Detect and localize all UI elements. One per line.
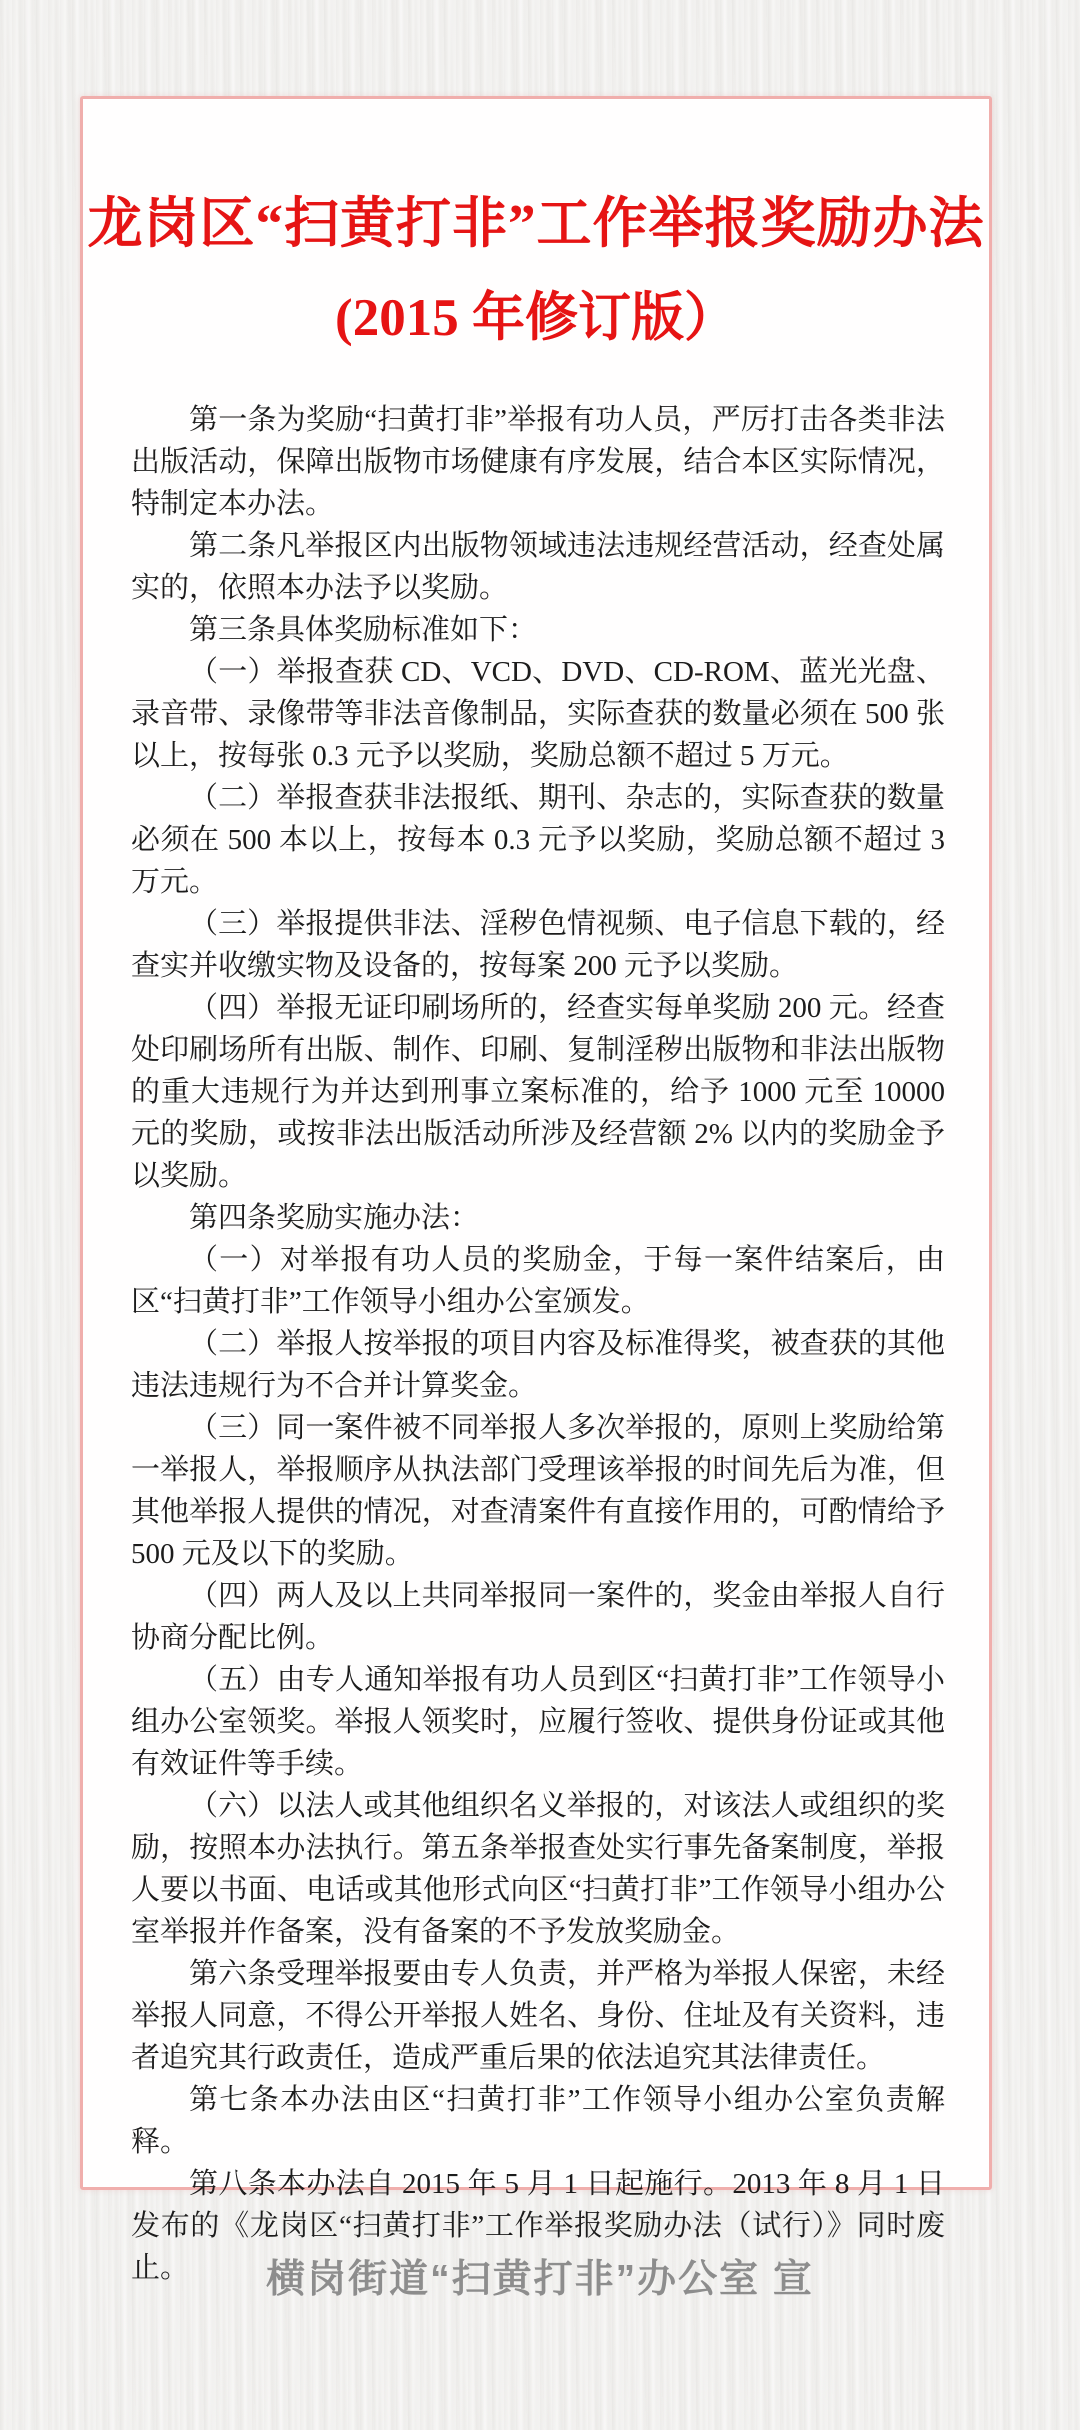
title-line-2: (2015 年修订版）: [83, 289, 989, 347]
paragraph: （三）举报提供非法、淫秽色情视频、电子信息下载的，经查实并收缴实物及设备的，按每…: [131, 903, 945, 987]
paragraph: （四）举报无证印刷场所的，经查实每单奖励 200 元。经查处印刷场所有出版、制作…: [131, 987, 945, 1197]
paragraph: 第二条凡举报区内出版物领域违法违规经营活动，经查处属实的，依照本办法予以奖励。: [131, 525, 945, 609]
paragraph: （二）举报查获非法报纸、期刊、杂志的，实际查获的数量必须在 500 本以上，按每…: [131, 777, 945, 903]
paragraph: （四）两人及以上共同举报同一案件的，奖金由举报人自行协商分配比例。: [131, 1575, 945, 1659]
title-line-1: 龙岗区“扫黄打非”工作举报奖励办法: [83, 194, 989, 255]
paragraph: （三）同一案件被不同举报人多次举报的，原则上奖励给第一举报人，举报顺序从执法部门…: [131, 1407, 945, 1575]
document-card: 龙岗区“扫黄打非”工作举报奖励办法 (2015 年修订版） 第一条为奖励“扫黄打…: [80, 96, 992, 2190]
page-background: { "page": { "background_color": "#f1f0ee…: [0, 0, 1080, 2430]
paragraph: （一）举报查获 CD、VCD、DVD、CD-ROM、蓝光光盘、录音带、录像带等非…: [131, 651, 945, 777]
paragraph: 第一条为奖励“扫黄打非”举报有功人员，严厉打击各类非法出版活动，保障出版物市场健…: [131, 399, 945, 525]
paragraph: 第六条受理举报要由专人负责，并严格为举报人保密，未经举报人同意，不得公开举报人姓…: [131, 1953, 945, 2079]
paragraph: （五）由专人通知举报有功人员到区“扫黄打非”工作领导小组办公室领奖。举报人领奖时…: [131, 1659, 945, 1785]
paragraph: 第七条本办法由区“扫黄打非”工作领导小组办公室负责解释。: [131, 2079, 945, 2163]
paragraph: （一）对举报有功人员的奖励金，于每一案件结案后，由区“扫黄打非”工作领导小组办公…: [131, 1239, 945, 1323]
document-title: 龙岗区“扫黄打非”工作举报奖励办法 (2015 年修订版）: [83, 194, 989, 347]
paragraph: （二）举报人按举报的项目内容及标准得奖，被查获的其他违法违规行为不合并计算奖金。: [131, 1323, 945, 1407]
paragraph: 第三条具体奖励标准如下：: [131, 609, 945, 651]
paragraph: （六）以法人或其他组织名义举报的，对该法人或组织的奖励，按照本办法执行。第五条举…: [131, 1785, 945, 1953]
footer-credit: 横岗街道“扫黄打非”办公室 宣: [0, 2248, 1080, 2304]
paragraph: 第四条奖励实施办法：: [131, 1197, 945, 1239]
document-body: 第一条为奖励“扫黄打非”举报有功人员，严厉打击各类非法出版活动，保障出版物市场健…: [131, 399, 945, 2289]
